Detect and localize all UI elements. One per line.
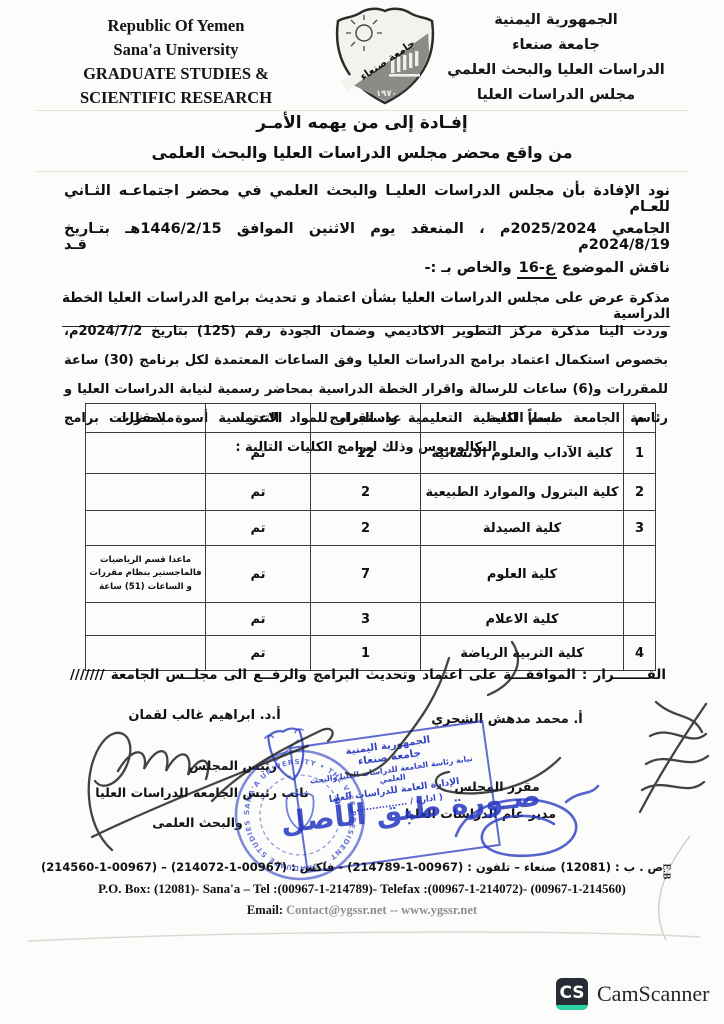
dept-name-en-1: GRADUATE STUDIES & — [50, 62, 302, 86]
programs-count: 2 — [311, 474, 421, 511]
col-header-college: اسم الكلية — [421, 404, 624, 433]
intro-line-2: الجامعي 2025/2024م ، المنعقد يوم الاثنين… — [64, 221, 670, 253]
left-signature-loop — [89, 733, 131, 850]
row-no: 2 — [624, 474, 656, 511]
table-row: 3 كلية الصيدلة 2 تم — [86, 511, 656, 546]
col-header-notes: ملاحظات — [86, 404, 206, 433]
row-notes — [86, 433, 206, 474]
footer-english: P.O. Box: (12081)- Sana'a – Tel :(00967-… — [0, 881, 724, 897]
table-row: كلية الاعلام 3 تم — [86, 603, 656, 636]
university-name-ar: جامعة صنعاء — [434, 33, 678, 58]
row-no — [624, 603, 656, 636]
title-line-2: من واقع محضر مجلس الدراسات العليا والبحث… — [0, 143, 724, 162]
country-name-ar: الجمهورية اليمنية — [434, 8, 678, 33]
decision-cross-stroke — [346, 658, 449, 775]
col-header-approval: الاعتماد — [206, 404, 311, 433]
camscanner-badge-accent — [556, 1005, 588, 1010]
header-arabic-block: الجمهورية اليمنية جامعة صنعاء الدراسات ا… — [434, 8, 678, 108]
row-no — [624, 546, 656, 603]
college-name: كلية الآداب والعلوم الانسانية — [421, 433, 624, 474]
approval-status: تم — [206, 511, 311, 546]
footer-arabic: ص . ب : (12081) صنعاء – تلفون : (00967-1… — [0, 860, 704, 874]
camscanner-label: CamScanner — [597, 981, 709, 1007]
left-signature-sweep-2 — [212, 729, 333, 801]
page-bottom-edge — [0, 925, 724, 959]
col-header-programs: عدد البرامج — [311, 404, 421, 433]
camscanner-badge-text: CS — [559, 983, 584, 1003]
council-name-ar: مجلس الدراسات العليا — [434, 83, 678, 108]
table-row: 2 كلية البترول والموارد الطبيعية 2 تم — [86, 474, 656, 511]
row-notes — [86, 511, 206, 546]
intro-line-3-post: والخاص بـ :- — [424, 260, 516, 276]
camscanner-badge-icon: CS — [556, 978, 588, 1010]
row-notes: ماعدا قسم الرياضيات فالماجستير بنظام مقر… — [86, 546, 206, 603]
approval-status: تم — [206, 603, 311, 636]
university-emblem-logo: جامعة صنعاء ١٩٧٠ — [328, 4, 442, 112]
row-no: 1 — [624, 433, 656, 474]
programs-count: 3 — [311, 603, 421, 636]
university-name-en: Sana'a University — [50, 38, 302, 62]
side-mark: E.B — [661, 864, 672, 880]
row-notes — [86, 603, 206, 636]
right-name-stroke — [488, 642, 518, 695]
email-label: Email: — [247, 903, 283, 917]
table-row: كلية العلوم 7 تم ماعدا قسم الرياضيات فال… — [86, 546, 656, 603]
approval-status: تم — [206, 433, 311, 474]
email-address: Contact@ygssr.net — [286, 903, 386, 917]
intro-line-3: ناقش الموضوع ع-16 والخاص بـ :- — [64, 260, 670, 276]
intro-line-1: نود الإفادة بأن مجلس الدراسات العليـا وا… — [64, 183, 670, 215]
country-name-en: Republic Of Yemen — [50, 14, 302, 38]
programs-count: 7 — [311, 546, 421, 603]
footer-email-line: Email: Contact@ygssr.net -- www.ygssr.ne… — [0, 903, 724, 918]
dept-name-ar: الدراسات العليا والبحث العلمي — [434, 58, 678, 83]
title-line-1: إفـادة إلى من يهمه الأمـر — [0, 113, 724, 133]
scan-page: Republic Of Yemen Sana'a University GRAD… — [0, 0, 724, 1024]
dept-name-en-2: SCIENTIFIC RESEARCH — [50, 86, 302, 110]
programs-count: 2 — [311, 511, 421, 546]
website-url: www.ygssr.net — [401, 903, 477, 917]
college-name: كلية العلوم — [421, 546, 624, 603]
scan-artifact-line — [36, 171, 688, 172]
header-english-block: Republic Of Yemen Sana'a University GRAD… — [50, 14, 302, 110]
col-header-no: م — [624, 404, 656, 433]
intro-line-3-pre: ناقش الموضوع — [557, 260, 670, 276]
programs-count: 12 — [311, 433, 421, 474]
email-separator: -- — [390, 903, 398, 917]
college-name: كلية الاعلام — [421, 603, 624, 636]
row-notes — [86, 474, 206, 511]
table-row: 1 كلية الآداب والعلوم الانسانية 12 تم — [86, 433, 656, 474]
approval-status: تم — [206, 546, 311, 603]
approval-status: تم — [206, 474, 311, 511]
left-signature-zigzag — [118, 751, 208, 779]
table-header-row: م اسم الكلية عدد البرامج الاعتماد ملاحظا… — [86, 404, 656, 433]
camscanner-logo: CS CamScanner — [556, 978, 709, 1010]
colleges-table: م اسم الكلية عدد البرامج الاعتماد ملاحظا… — [85, 403, 656, 671]
row-no: 3 — [624, 511, 656, 546]
college-name: كلية البترول والموارد الطبيعية — [421, 474, 624, 511]
right-signature-diagonal — [640, 704, 706, 812]
subject-code: ع-16 — [517, 260, 557, 279]
logo-year: ١٩٧٠ — [376, 89, 397, 99]
recorder-cross-stroke — [436, 758, 560, 793]
document-sheet: Republic Of Yemen Sana'a University GRAD… — [0, 0, 724, 1024]
college-name: كلية الصيدلة — [421, 511, 624, 546]
